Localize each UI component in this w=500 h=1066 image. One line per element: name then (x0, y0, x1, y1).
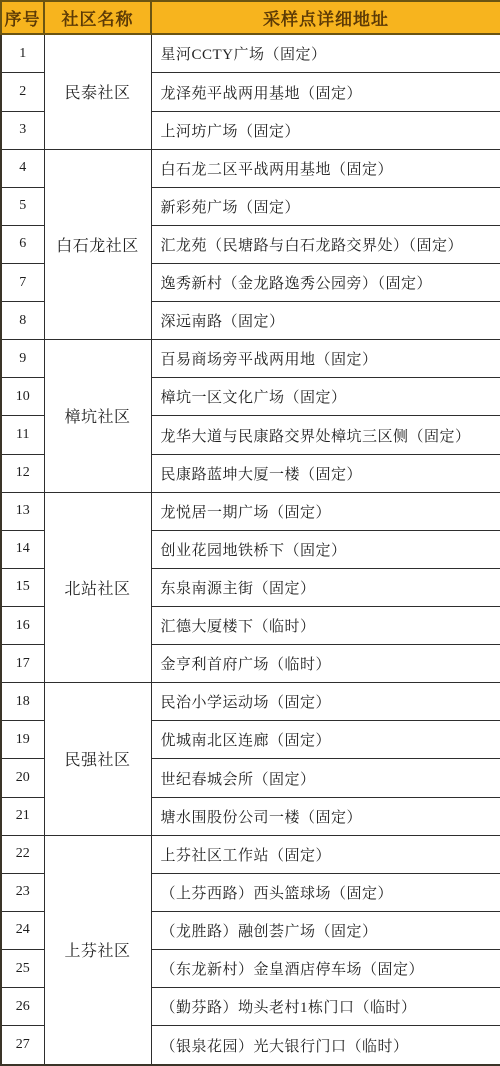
sampling-address: 上河坊广场（固定） (151, 111, 500, 149)
table-header: 序号 社区名称 采样点详细地址 (1, 1, 500, 34)
table-row: 13北站社区龙悦居一期广场（固定） (1, 492, 500, 530)
row-number: 16 (1, 607, 44, 645)
table-body: 1民泰社区星河CCTY广场（固定）2龙泽苑平战两用基地（固定）3上河坊广场（固定… (1, 34, 500, 1065)
row-number: 25 (1, 950, 44, 988)
row-number: 7 (1, 264, 44, 302)
sampling-points-table: 序号 社区名称 采样点详细地址 1民泰社区星河CCTY广场（固定）2龙泽苑平战两… (0, 0, 500, 1066)
sampling-address: （上芬西路）西头篮球场（固定） (151, 873, 500, 911)
row-number: 14 (1, 530, 44, 568)
row-number: 21 (1, 797, 44, 835)
row-number: 24 (1, 911, 44, 949)
sampling-address: 深远南路（固定） (151, 302, 500, 340)
community-name-cell: 民强社区 (44, 683, 151, 835)
row-number: 13 (1, 492, 44, 530)
sampling-address: 东泉南源主街（固定） (151, 568, 500, 606)
header-no: 序号 (1, 1, 44, 34)
row-number: 9 (1, 340, 44, 378)
row-number: 22 (1, 835, 44, 873)
sampling-address: 汇龙苑（民塘路与白石龙路交界处）（固定） (151, 225, 500, 263)
header-row: 序号 社区名称 采样点详细地址 (1, 1, 500, 34)
row-number: 23 (1, 873, 44, 911)
sampling-address: 新彩苑广场（固定） (151, 187, 500, 225)
row-number: 12 (1, 454, 44, 492)
sampling-address: 白石龙二区平战两用基地（固定） (151, 149, 500, 187)
row-number: 27 (1, 1026, 44, 1065)
row-number: 10 (1, 378, 44, 416)
community-name-cell: 白石龙社区 (44, 149, 151, 340)
row-number: 5 (1, 187, 44, 225)
table-row: 1民泰社区星河CCTY广场（固定） (1, 34, 500, 73)
row-number: 19 (1, 721, 44, 759)
sampling-address: （龙胜路）融创荟广场（固定） (151, 911, 500, 949)
row-number: 6 (1, 225, 44, 263)
header-community: 社区名称 (44, 1, 151, 34)
row-number: 4 (1, 149, 44, 187)
sampling-address: 樟坑一区文化广场（固定） (151, 378, 500, 416)
row-number: 20 (1, 759, 44, 797)
sampling-address: （银泉花园）光大银行门口（临时） (151, 1026, 500, 1065)
table-row: 22上芬社区上芬社区工作站（固定） (1, 835, 500, 873)
sampling-address: 民康路蓝坤大厦一楼（固定） (151, 454, 500, 492)
sampling-address: 世纪春城会所（固定） (151, 759, 500, 797)
header-address: 采样点详细地址 (151, 1, 500, 34)
row-number: 26 (1, 988, 44, 1026)
sampling-address: 龙悦居一期广场（固定） (151, 492, 500, 530)
sampling-address: （东龙新村）金皇酒店停车场（固定） (151, 950, 500, 988)
row-number: 8 (1, 302, 44, 340)
sampling-address: 民治小学运动场（固定） (151, 683, 500, 721)
table-row: 9樟坑社区百易商场旁平战两用地（固定） (1, 340, 500, 378)
sampling-address: 逸秀新村（金龙路逸秀公园旁）（固定） (151, 264, 500, 302)
row-number: 3 (1, 111, 44, 149)
community-name-cell: 民泰社区 (44, 34, 151, 149)
sampling-address: 百易商场旁平战两用地（固定） (151, 340, 500, 378)
sampling-address: （勤芬路）坳头老村1栋门口（临时） (151, 988, 500, 1026)
sampling-address: 龙华大道与民康路交界处樟坑三区侧（固定） (151, 416, 500, 454)
sampling-address: 塘水围股份公司一楼（固定） (151, 797, 500, 835)
sampling-address: 上芬社区工作站（固定） (151, 835, 500, 873)
sampling-address: 星河CCTY广场（固定） (151, 34, 500, 73)
row-number: 15 (1, 568, 44, 606)
community-name-cell: 北站社区 (44, 492, 151, 683)
table-row: 4白石龙社区白石龙二区平战两用基地（固定） (1, 149, 500, 187)
row-number: 1 (1, 34, 44, 73)
row-number: 18 (1, 683, 44, 721)
sampling-address: 创业花园地铁桥下（固定） (151, 530, 500, 568)
row-number: 2 (1, 73, 44, 111)
row-number: 11 (1, 416, 44, 454)
sampling-address: 优城南北区连廊（固定） (151, 721, 500, 759)
sampling-address: 金亨利首府广场（临时） (151, 645, 500, 683)
sampling-address: 龙泽苑平战两用基地（固定） (151, 73, 500, 111)
community-name-cell: 樟坑社区 (44, 340, 151, 492)
community-name-cell: 上芬社区 (44, 835, 151, 1065)
table-row: 18民强社区民治小学运动场（固定） (1, 683, 500, 721)
row-number: 17 (1, 645, 44, 683)
sampling-address: 汇德大厦楼下（临时） (151, 607, 500, 645)
